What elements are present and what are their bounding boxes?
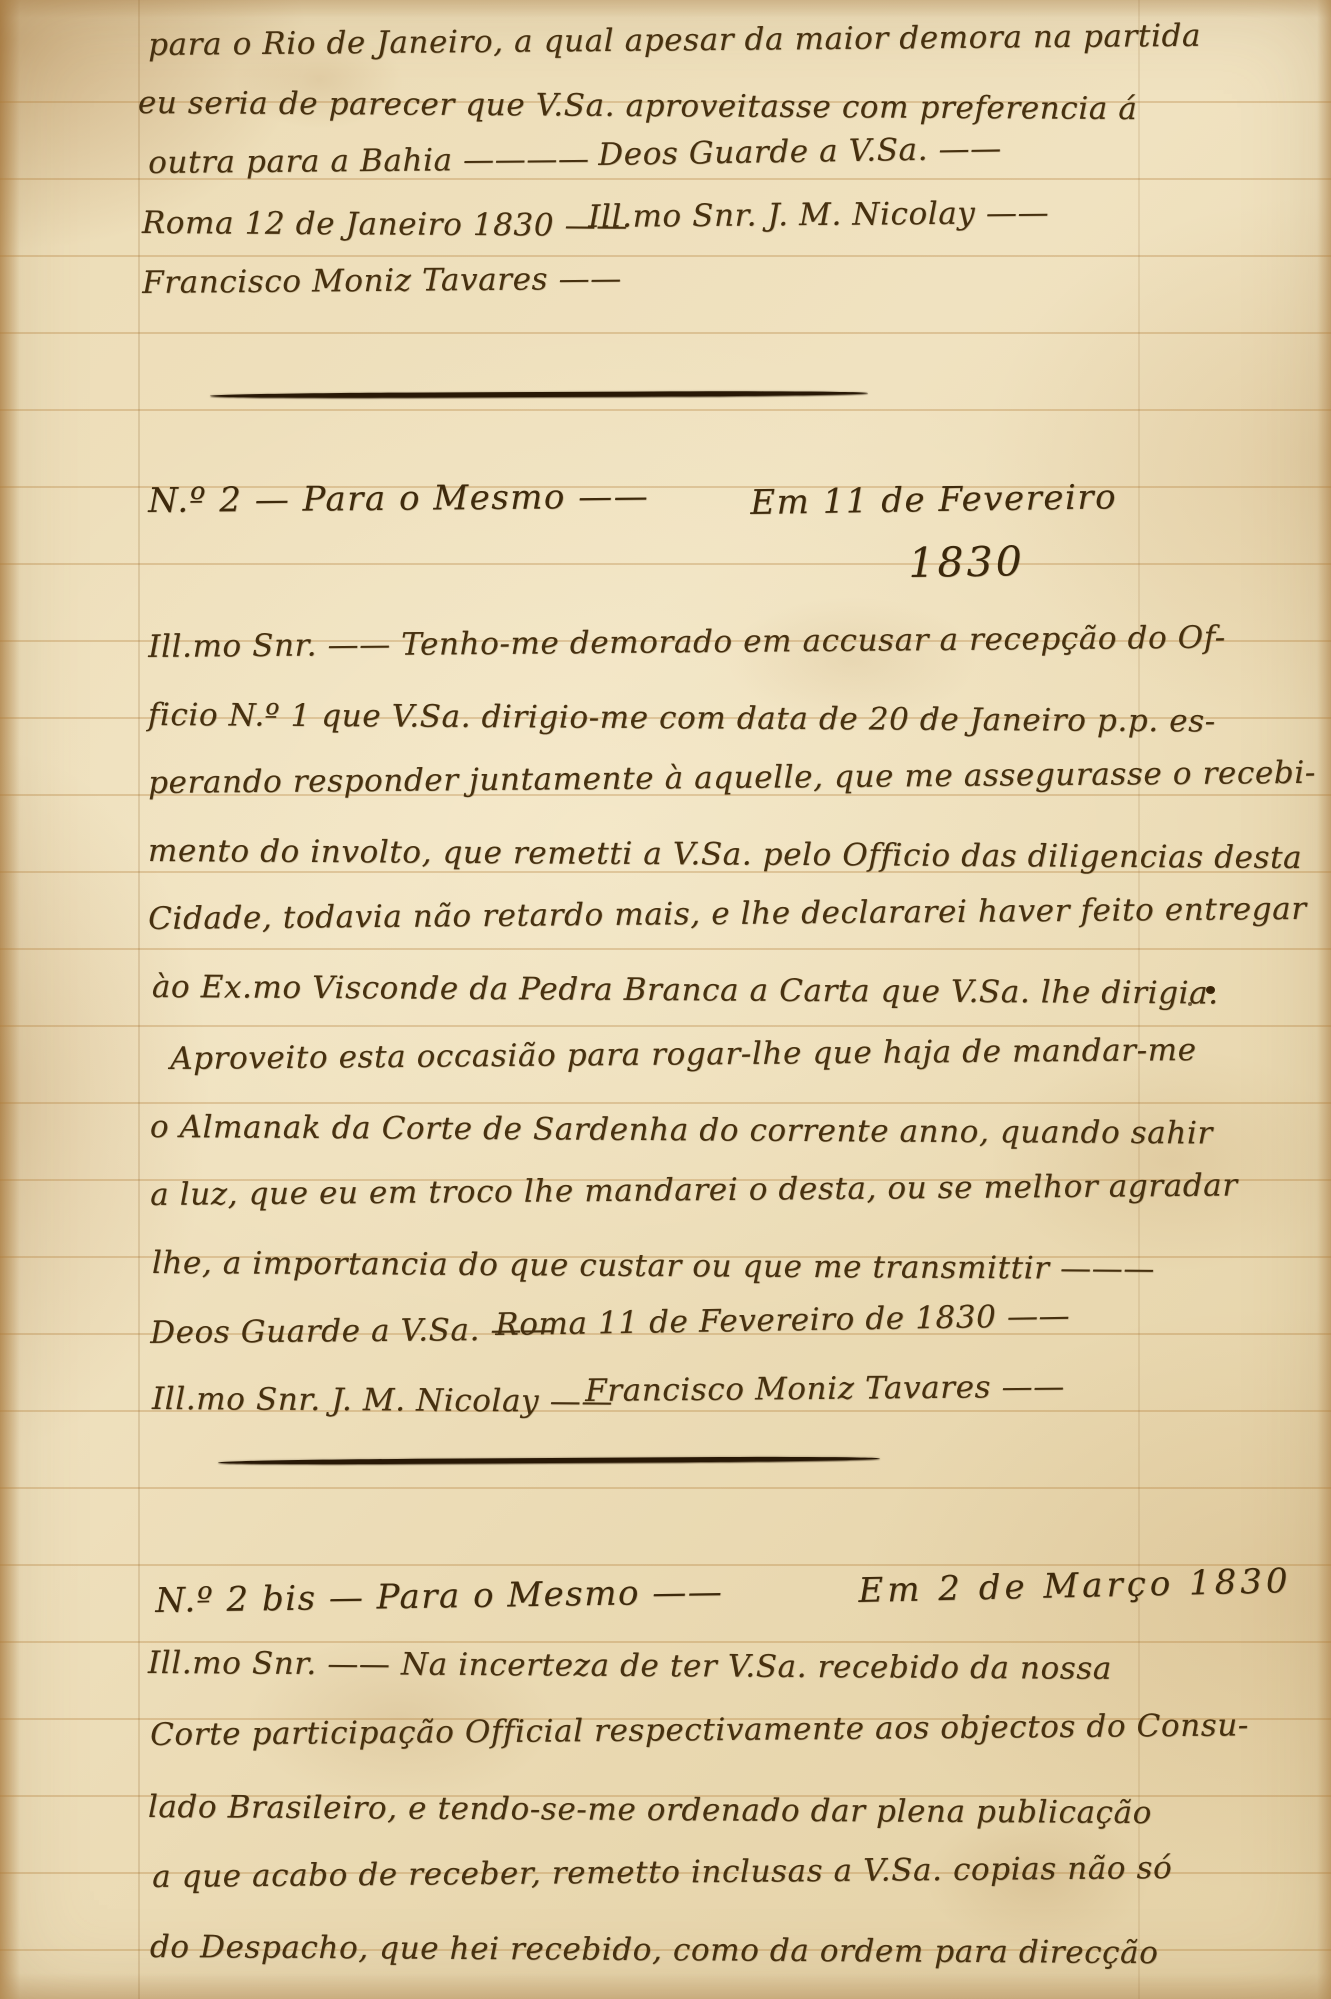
text-line: Roma 12 de Janeiro 1830 —— bbox=[142, 206, 628, 245]
manuscript-page: para o Rio de Janeiro, a qual apesar da … bbox=[0, 0, 1331, 1999]
letter2-body-line: Ill.mo Snr. —— Tenho-me demorado em accu… bbox=[148, 621, 1226, 666]
letter3-body-line: Ill.mo Snr. —— Na incerteza de ter V.Sa.… bbox=[148, 1646, 1112, 1688]
letter3-number: N.º 2 bis — Para o Mesmo —— bbox=[155, 1573, 723, 1621]
section-divider bbox=[218, 1456, 880, 1465]
letter2-body-line: ficio N.º 1 que V.Sa. dirigio-me com dat… bbox=[148, 698, 1216, 740]
letter3-body-line: do Despacho, que hei recebido, como da o… bbox=[150, 1930, 1159, 1972]
ink-speck bbox=[1188, 1002, 1192, 1006]
letter2-year: 1830 bbox=[908, 538, 1025, 587]
signature-line: Francisco Moniz Tavares —— bbox=[142, 262, 622, 302]
letter2-number: N.º 2 — Para o Mesmo —— bbox=[148, 478, 649, 521]
letter2-closing: Deos Guarde a V.Sa. —— bbox=[150, 1312, 554, 1351]
ruled-lines bbox=[0, 26, 1331, 1999]
letter2-body-line: ào Ex.mo Visconde da Pedra Branca a Cart… bbox=[152, 970, 1219, 1012]
ink-speck bbox=[930, 712, 933, 715]
ink-speck bbox=[1206, 986, 1215, 994]
letter3-body-line: Corte participação Official respectivame… bbox=[150, 1708, 1249, 1753]
letter2-signature: Francisco Moniz Tavares —— bbox=[585, 1370, 1065, 1410]
letter3-body-line: lado Brasileiro, e tendo-se-me ordenado … bbox=[148, 1790, 1152, 1832]
letter2-body-line: perando responder juntamente à aquelle, … bbox=[148, 756, 1316, 802]
letter2-body-line: o Almanak da Corte de Sardenha do corren… bbox=[150, 1110, 1213, 1152]
text-line: para o Rio de Janeiro, a qual apesar da … bbox=[148, 19, 1201, 64]
letter2-addressee: Ill.mo Snr. J. M. Nicolay —— bbox=[152, 1382, 613, 1420]
letter3-body-line: a que acabo de receber, remetto inclusas… bbox=[152, 1851, 1173, 1896]
letter2-body-line: Aproveito esta occasião para rogar-lhe q… bbox=[170, 1033, 1197, 1078]
letter2-body-line: a luz, que eu em troco lhe mandarei o de… bbox=[150, 1169, 1238, 1214]
section-divider bbox=[210, 391, 868, 399]
letter2-date: Em 11 de Fevereiro bbox=[750, 478, 1117, 523]
text-line: outra para a Bahia ———— bbox=[148, 142, 590, 181]
letter2-body-line: mento do involto, que remetti a V.Sa. pe… bbox=[148, 834, 1303, 877]
text-line: eu seria de parecer que V.Sa. aproveitas… bbox=[138, 86, 1138, 128]
left-margin-rule bbox=[138, 0, 140, 1999]
letter2-body-line: Cidade, todavia não retardo mais, e lhe … bbox=[148, 892, 1307, 938]
letter2-closing-date: Roma 11 de Fevereiro de 1830 —— bbox=[495, 1299, 1070, 1344]
letter2-body-line: lhe, a importancia do que custar ou que … bbox=[152, 1246, 1155, 1288]
text-line: Deos Guarde a V.Sa. —— bbox=[598, 132, 1002, 174]
letter3-date: Em 2 de Março 1830 bbox=[858, 1562, 1292, 1611]
text-line: Ill.mo Snr. J. M. Nicolay —— bbox=[588, 196, 1049, 236]
